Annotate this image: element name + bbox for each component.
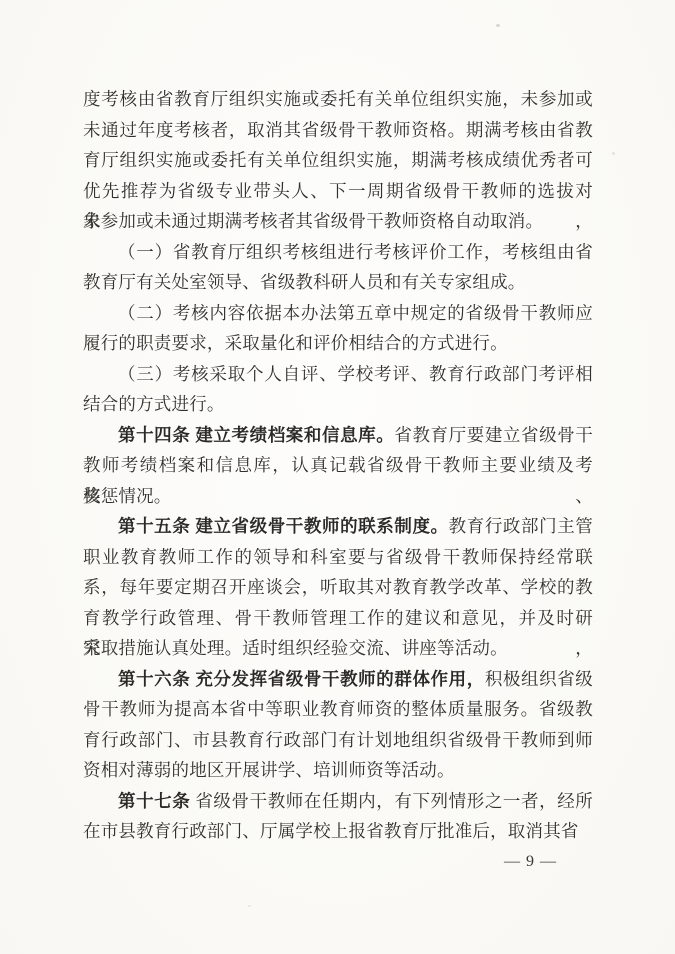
page-number: — 9 — — [504, 853, 557, 871]
line-text: 育行政部门、市县教育行政部门有计划地组织省级骨干教师到师 — [83, 730, 593, 750]
text-line: 骨干教师为提高本省中等职业教育师资的整体质量服务。省级教 — [83, 694, 593, 725]
text-line: （二）考核内容依据本办法第五章中规定的省级骨干教师应 — [83, 298, 593, 329]
document-body: 度考核由省教育厅组织实施或委托有关单位组织实施，未参加或未通过年度考核者，取消其… — [83, 84, 593, 847]
text-line: 结合的方式进行。 — [83, 389, 593, 420]
section-heading: 第十七条 — [118, 791, 190, 811]
line-text: 结合的方式进行。 — [83, 394, 225, 414]
text-line: 未通过年度考核者，取消其省级骨干教师资格。期满考核由省教 — [83, 115, 593, 146]
text-line: 教育厅有关处室领导、省级教科研人员和有关专家组成。 — [83, 267, 593, 298]
text-line: 育厅组织实施或委托有关单位组织实施，期满考核成绩优秀者可 — [83, 145, 593, 176]
text-line: 职业教育教师工作的领导和科室要与省级骨干教师保持经常联 — [83, 542, 593, 573]
text-line: 教师考绩档案和信息库，认真记载省级骨干教师主要业绩及考核、 — [83, 450, 593, 481]
line-text: （二）考核内容依据本办法第五章中规定的省级骨干教师应 — [118, 303, 593, 323]
line-text: 职业教育教师工作的领导和科室要与省级骨干教师保持经常联 — [83, 547, 593, 567]
section-heading: 第十五条 建立省级骨干教师的联系制度。 — [118, 516, 449, 536]
line-text: 度考核由省教育厅组织实施或委托有关单位组织实施，未参加或 — [83, 89, 593, 109]
text-line: 育教学行政管理、骨干教师管理工作的建议和意见，并及时研究， — [83, 603, 593, 634]
scan-speck — [496, 24, 500, 27]
text-line: 未参加或未通过期满考核者其省级骨干教师资格自动取消。 — [83, 206, 593, 237]
section-heading: 第十六条 充分发挥省级骨干教师的群体作用， — [118, 669, 485, 689]
section-line: 第十七条 省级骨干教师在任期内，有下列情形之一者，经所 — [83, 786, 593, 817]
line-text: 省教育厅要建立省级骨干 — [394, 425, 593, 445]
line-text: 未通过年度考核者，取消其省级骨干教师资格。期满考核由省教 — [83, 120, 593, 140]
line-text: （三）考核采取个人自评、学校考评、教育行政部门考评相 — [118, 364, 593, 384]
section-line: 第十六条 充分发挥省级骨干教师的群体作用，积极组织省级 — [83, 664, 593, 695]
text-line: （一）省教育厅组织考核组进行考核评价工作，考核组由省 — [83, 237, 593, 268]
line-text: 在市县教育行政部门、厅属学校上报省教育厅批准后，取消其省 — [83, 821, 579, 841]
line-text: 资相对薄弱的地区开展讲学、培训师资等活动。 — [83, 760, 455, 780]
text-line: 系，每年要定期召开座谈会，听取其对教育教学改革、学校的教 — [83, 572, 593, 603]
line-text: 奖惩情况。 — [83, 486, 172, 506]
line-text: （一）省教育厅组织考核组进行考核评价工作，考核组由省 — [118, 242, 593, 262]
text-line: 履行的职责要求，采取量化和评价相结合的方式进行。 — [83, 328, 593, 359]
text-line: 度考核由省教育厅组织实施或委托有关单位组织实施，未参加或 — [83, 84, 593, 115]
line-text: 育厅组织实施或委托有关单位组织实施，期满考核成绩优秀者可 — [83, 150, 593, 170]
scan-speck — [248, 905, 251, 907]
line-text: 骨干教师为提高本省中等职业教育师资的整体质量服务。省级教 — [83, 699, 593, 719]
text-line: （三）考核采取个人自评、学校考评、教育行政部门考评相 — [83, 359, 593, 390]
line-text: 积极组织省级 — [485, 669, 593, 689]
text-line: 在市县教育行政部门、厅属学校上报省教育厅批准后，取消其省 — [83, 816, 593, 847]
section-line: 第十四条 建立考绩档案和信息库。省教育厅要建立省级骨干 — [83, 420, 593, 451]
text-line: 优先推荐为省级专业带头人、下一周期省级骨干教师的选拔对象， — [83, 176, 593, 207]
line-text: 系，每年要定期召开座谈会，听取其对教育教学改革、学校的教 — [83, 577, 593, 597]
line-text: 教育行政部门主管 — [449, 516, 593, 536]
line-text: 未参加或未通过期满考核者其省级骨干教师资格自动取消。 — [83, 211, 543, 231]
document-page: 度考核由省教育厅组织实施或委托有关单位组织实施，未参加或未通过年度考核者，取消其… — [0, 0, 675, 954]
line-text: 采取措施认真处理。适时组织经验交流、讲座等活动。 — [83, 638, 508, 658]
scan-speck — [612, 152, 615, 155]
line-text: 省级骨干教师在任期内，有下列情形之一者，经所 — [190, 791, 593, 811]
section-heading: 第十四条 建立考绩档案和信息库。 — [118, 425, 394, 445]
section-line: 第十五条 建立省级骨干教师的联系制度。教育行政部门主管 — [83, 511, 593, 542]
line-text: 履行的职责要求，采取量化和评价相结合的方式进行。 — [83, 333, 508, 353]
text-line: 育行政部门、市县教育行政部门有计划地组织省级骨干教师到师 — [83, 725, 593, 756]
text-line: 资相对薄弱的地区开展讲学、培训师资等活动。 — [83, 755, 593, 786]
line-text: 教育厅有关处室领导、省级教科研人员和有关专家组成。 — [83, 272, 526, 292]
